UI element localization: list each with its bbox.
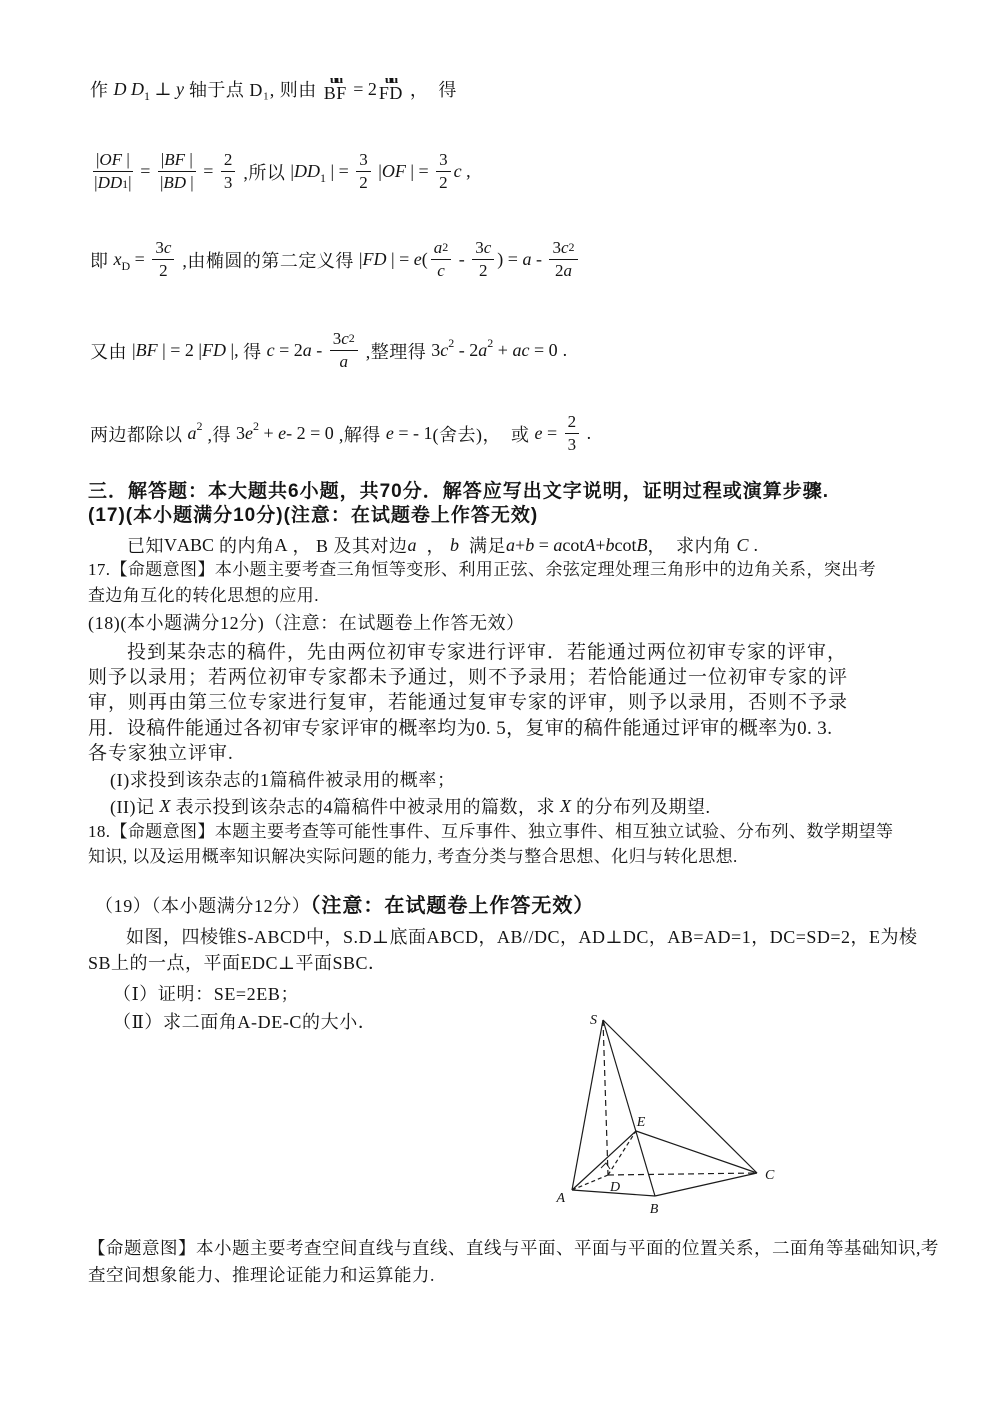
q18-para-line-4: 用．设稿件能通过各初审专家评审的概率均为0. 5，复审的稿件能通过评审的概率为0… <box>88 716 832 742</box>
q18-part-ii: (II)记 X 表示投到该杂志的4篇稿件中被录用的篇数，求 X 的分布列及期望. <box>110 793 710 819</box>
op-token: 2 <box>159 261 168 281</box>
q17-intent-line-2: 查边角互化的转化思想的应用. <box>88 585 319 608</box>
fraction-numerator: a2 <box>431 238 452 260</box>
fraction-denominator: 3 <box>224 172 233 193</box>
q19-heading-normal: （19）（本小题满分12分） <box>95 896 310 916</box>
op-token: = 2 <box>275 340 303 361</box>
sub-token: 1 <box>144 89 150 104</box>
var-token: y <box>176 79 184 100</box>
fraction: 3c22a <box>549 238 577 282</box>
sub-token: D <box>122 259 131 274</box>
op-token: 3 <box>439 150 448 170</box>
q19-para-line-2: SB上的一点，平面EDC⊥平面SBC． <box>88 951 386 975</box>
sub-token: 1 <box>122 177 128 191</box>
cjk-token: ,由椭圆的第二定义得 <box>177 247 359 273</box>
fraction: |BF ||BD | <box>158 150 196 194</box>
edge-SD-dashed <box>603 1020 608 1175</box>
op-token: = 2 <box>349 79 377 100</box>
var-token: c <box>164 238 172 258</box>
op-token: 3 <box>475 238 484 258</box>
vector-arrow: uu <box>329 76 341 84</box>
q19-intent-line-2: 查空间想象能力、推理论证能力和运算能力. <box>88 1264 435 1288</box>
var-token: c <box>484 238 492 258</box>
var-token: X <box>560 796 571 817</box>
op-token: 3 <box>236 423 245 444</box>
q17-intent-line-1: 17.【命题意图】本小题主要考查三角恒等变形、利用正弦、余弦定理处理三角形中的边… <box>88 559 876 582</box>
op-token: ( <box>422 249 428 270</box>
q17-heading: (17)(本小题满分10分)(注意：在试题卷上作答无效) <box>88 503 538 529</box>
cjk-token: ,得 <box>203 421 237 447</box>
var-token: e <box>278 423 286 444</box>
op-token: 3 <box>568 435 577 455</box>
fraction-denominator: 2 <box>439 172 448 193</box>
q19-heading-notice: （注意：在试题卷上作答无效） <box>310 895 594 917</box>
fraction-numerator: 3c <box>472 238 494 260</box>
var-token: DD <box>294 161 320 182</box>
fraction: |OF ||DD1| <box>93 150 133 194</box>
var-token: C <box>737 535 749 556</box>
op-token: 2 <box>359 173 368 193</box>
op-token: - <box>312 340 327 361</box>
vertex-label-S: S <box>590 1013 597 1028</box>
op-token: = 0 <box>529 340 557 361</box>
var-token: a <box>522 249 531 270</box>
cjk-token: ,所以 <box>238 159 290 185</box>
q17-body: 已知VABC 的内角A ， B 及其对边a ， b 满足a+b = acotA+… <box>127 532 759 558</box>
q18-intent-line-1: 18.【命题意图】本题主要考查等可能性事件、互斥事件、独立事件、相互独立试验、分… <box>88 821 893 844</box>
var-token: e <box>414 249 422 270</box>
fraction-denominator: 2 <box>159 260 168 281</box>
op-token: ) = <box>497 249 522 270</box>
fraction: 3c2 <box>152 238 174 282</box>
fraction-numerator: 3 <box>436 150 451 172</box>
cjk-token: ， <box>417 532 451 558</box>
fraction: 23 <box>565 412 580 456</box>
op-token: = - 1 <box>394 423 433 444</box>
cjk-token: 即 <box>90 247 114 273</box>
sup-token: 2 <box>442 240 448 254</box>
op-token: 3 <box>333 329 342 349</box>
fraction-numerator: 3c2 <box>549 238 577 260</box>
op-token: 3 <box>224 173 233 193</box>
fraction-numerator: 2 <box>221 150 236 172</box>
cjk-token: 又由 <box>90 338 132 364</box>
var-token: A <box>584 535 595 556</box>
cjk-token: 已知 <box>127 532 164 558</box>
fraction-denominator: 3 <box>568 434 577 455</box>
op-token: + <box>515 535 525 556</box>
vertex-label-A: A <box>555 1191 565 1206</box>
op-token: 3 <box>552 238 561 258</box>
var-token: c <box>561 238 569 258</box>
op-token: 3 <box>359 150 368 170</box>
op-token: ABC <box>177 535 214 556</box>
q18-para-line-5: 各专家独立评审. <box>88 741 234 767</box>
cjk-token: ， B 及其对边 <box>288 532 408 558</box>
fraction: 3c2 <box>472 238 494 282</box>
q19-para-line-1: 如图，四棱锥S-ABCD中，S.D⊥底面ABCD，AB//DC，AD⊥DC，AB… <box>126 925 918 949</box>
sub-token: 1 <box>320 171 326 186</box>
op-token: = <box>136 161 155 182</box>
fraction-numerator: 3 <box>356 150 371 172</box>
fraction-numerator: 3c <box>152 238 174 260</box>
op-token: 2 <box>555 261 564 281</box>
sup-token: 2 <box>448 336 454 351</box>
fraction-numerator: 3c2 <box>330 329 358 351</box>
cjk-token: (舍去)， 或 <box>432 421 534 447</box>
var-token: B <box>637 535 648 556</box>
q18-heading: (18)(本小题满分12分)（注意：在试题卷上作答无效） <box>88 611 525 635</box>
fraction-numerator: |BF | <box>158 150 196 172</box>
sup-token: 2 <box>349 331 355 345</box>
q19-part-ii: （Ⅱ）求二面角A-DE-C的大小． <box>113 1010 376 1034</box>
pyramid-svg: S A B C D E <box>540 998 810 1218</box>
edge-SA <box>572 1020 603 1190</box>
var-token: FD <box>202 340 226 361</box>
op-token: + <box>595 535 605 556</box>
q18-intent-line-2: 知识, 以及运用概率知识解决实际问题的能力, 考查分类与整合思想、化归与转化思想… <box>88 846 738 869</box>
fraction: 3c2a <box>330 329 358 373</box>
var-token: BF <box>136 340 158 361</box>
fraction: a2c <box>431 238 452 282</box>
var-token: BF <box>164 150 185 170</box>
vector-stack: uuBF <box>324 76 347 102</box>
q19-heading: （19）（本小题满分12分）（注意：在试题卷上作答无效） <box>95 893 594 920</box>
op-token: |, <box>226 340 243 361</box>
op-token: V <box>164 535 177 556</box>
fraction-denominator: a <box>340 351 349 372</box>
op-token: | <box>374 161 382 182</box>
var-token: a <box>408 535 417 556</box>
op-token: 2 <box>224 150 233 170</box>
cjk-token: 作 <box>90 76 114 102</box>
cjk-token: 表示投到该杂志的4篇稿件中被录用的篇数，求 <box>170 793 560 819</box>
cjk-token: 的分布列及期望. <box>571 793 711 819</box>
cjk-token: ， 得 <box>405 76 457 102</box>
var-token: a <box>506 535 515 556</box>
q18-para-line-1: 投到某杂志的稿件，先由两位初审专家进行评审．若能通过两位初审专家的评审， <box>127 640 847 666</box>
cjk-token: 满足 <box>459 532 506 558</box>
var-token: X <box>159 796 170 817</box>
formula-line-2: |OF ||DD1| = |BF ||BD | = 23 ,所以 |DD1 | … <box>90 150 471 194</box>
vertex-label-C: C <box>765 1168 775 1183</box>
document-page: 作 D D1 ⊥ y 轴于点 D₁, 则由 uuBF = 2uuFD ， 得 |… <box>0 0 1000 1415</box>
right-angle-mark <box>601 1163 610 1169</box>
var-token: e <box>386 423 394 444</box>
op-token: | = <box>386 249 413 270</box>
cjk-token: ,解得 <box>334 421 386 447</box>
vertex-label-E: E <box>636 1115 646 1130</box>
vertex-label-D: D <box>609 1180 620 1195</box>
cjk-token: 得 <box>243 338 267 364</box>
op-token: 3 <box>155 238 164 258</box>
fraction: 32 <box>436 150 451 194</box>
var-token: x <box>114 249 122 270</box>
cjk-token: . <box>558 340 568 361</box>
sup-token: 2 <box>569 240 575 254</box>
vector-arrow: uu <box>385 76 397 84</box>
fraction-denominator: c <box>437 260 445 281</box>
op-token: | <box>186 173 194 193</box>
cjk-token: ,整理得 <box>361 338 432 364</box>
fraction-denominator: |DD1| <box>94 172 131 193</box>
fraction-denominator: 2 <box>359 172 368 193</box>
var-token: a <box>340 352 349 372</box>
var-token: e <box>245 423 253 444</box>
pyramid-figure: S A B C D E <box>540 998 810 1218</box>
op-token: A <box>275 535 288 556</box>
op-token: - 2 <box>454 340 478 361</box>
op-token: | <box>185 150 193 170</box>
fraction: 23 <box>221 150 236 194</box>
var-token: a <box>434 238 443 258</box>
op-token: | <box>128 173 131 193</box>
vertex-label-B: B <box>650 1202 659 1217</box>
fraction-denominator: |BD | <box>160 172 194 193</box>
edge-DC-dashed <box>608 1173 757 1175</box>
var-token: e <box>534 423 542 444</box>
var-token: a <box>553 535 562 556</box>
formula-line-5: 两边都除以 a2 ,得 3e2 + e- 2 = 0 ,解得 e = - 1(舍… <box>90 412 591 456</box>
var-token: BD <box>163 173 186 193</box>
var-token: a <box>188 423 197 444</box>
op-token: | = 2 | <box>158 340 202 361</box>
q19-intent-line-1: 【命题意图】本小题主要考查空间直线与直线、直线与平面、平面与平面的位置关系，二面… <box>88 1237 939 1261</box>
formula-line-4: 又由 |BF | = 2 |FD |, 得 c = 2a - 3c2a ,整理得… <box>90 329 568 373</box>
q18-part-i: (I)求投到该杂志的1篇稿件被录用的概率； <box>110 768 456 792</box>
cjk-token: ， 求内角 <box>648 532 737 558</box>
op-token: | = <box>326 161 353 182</box>
sup-token: 2 <box>487 336 493 351</box>
op-token: = <box>199 161 218 182</box>
op-token: | = <box>406 161 433 182</box>
op-token: , <box>462 161 471 182</box>
var-token: OF <box>382 161 406 182</box>
cjk-token: . <box>749 535 759 556</box>
var-token: ac <box>512 340 529 361</box>
op-token: - 2 = 0 <box>286 423 334 444</box>
formula-line-1: 作 D D1 ⊥ y 轴于点 D₁, 则由 uuBF = 2uuFD ， 得 <box>90 76 457 102</box>
q18-para-line-3: 审，则再由第三位专家进行复审，若能通过复审专家的评审，则予以录用，否则不予录 <box>88 690 848 716</box>
var-token: a <box>563 261 572 281</box>
fraction-denominator: 2 <box>479 260 488 281</box>
var-token: c <box>437 261 445 281</box>
q19-part-i: （Ⅰ）证明：SE=2EB； <box>113 982 299 1006</box>
var-token: D D <box>114 79 145 100</box>
vector-base: BF <box>324 84 347 102</box>
var-token: b <box>450 535 459 556</box>
op-token: ⊥ <box>150 79 176 100</box>
fraction: 32 <box>356 150 371 194</box>
op-token: + <box>259 423 278 444</box>
var-token: c <box>341 329 349 349</box>
op-token: = <box>534 535 553 556</box>
vector-base: FD <box>379 84 403 102</box>
cjk-token: 的内角 <box>214 532 275 558</box>
op-token: cot <box>562 535 584 556</box>
op-token: - <box>454 249 469 270</box>
op-token: 2 <box>439 173 448 193</box>
var-token: c <box>454 161 462 182</box>
var-token: b <box>606 535 615 556</box>
op-token: | <box>122 150 130 170</box>
fraction-numerator: |OF | <box>93 150 133 172</box>
edge-EC <box>636 1131 757 1173</box>
op-token: . <box>582 423 591 444</box>
var-token: a <box>478 340 487 361</box>
var-token: b <box>525 535 534 556</box>
op-token: 2 <box>479 261 488 281</box>
op-token: + <box>493 340 512 361</box>
op-token: = <box>542 423 561 444</box>
edge-AD-dashed <box>572 1175 608 1190</box>
sup-token: 2 <box>253 419 259 434</box>
q18-para-line-2: 则予以录用；若两位初审专家都未予通过，则不予录用；若恰能通过一位初审专家的评 <box>88 665 848 691</box>
var-token: OF <box>99 150 122 170</box>
op-token: - <box>531 249 546 270</box>
op-token: cot <box>615 535 637 556</box>
var-token: c <box>440 340 448 361</box>
op-token: 2 <box>568 412 577 432</box>
cjk-token: (II)记 <box>110 793 159 819</box>
cjk-token: 两边都除以 <box>90 421 188 447</box>
edge-BC <box>655 1173 757 1196</box>
section-3-heading: 三．解答题：本大题共6小题，共70分．解答应写出文字说明，证明过程或演算步骤. <box>88 479 829 505</box>
op-token: 3 <box>431 340 440 361</box>
fraction-numerator: 2 <box>565 412 580 434</box>
sup-token: 2 <box>197 419 203 434</box>
vector-stack: uuFD <box>379 76 403 102</box>
formula-line-3: 即 xD = 3c2 ,由椭圆的第二定义得 |FD | = e(a2c - 3c… <box>90 238 581 282</box>
var-token: c <box>267 340 275 361</box>
op-token: = <box>130 249 149 270</box>
var-token: DD <box>98 173 123 193</box>
fraction-denominator: 2a <box>555 260 572 281</box>
var-token: FD <box>362 249 386 270</box>
var-token: a <box>303 340 312 361</box>
cjk-token: 轴于点 D₁, 则由 <box>184 76 322 102</box>
